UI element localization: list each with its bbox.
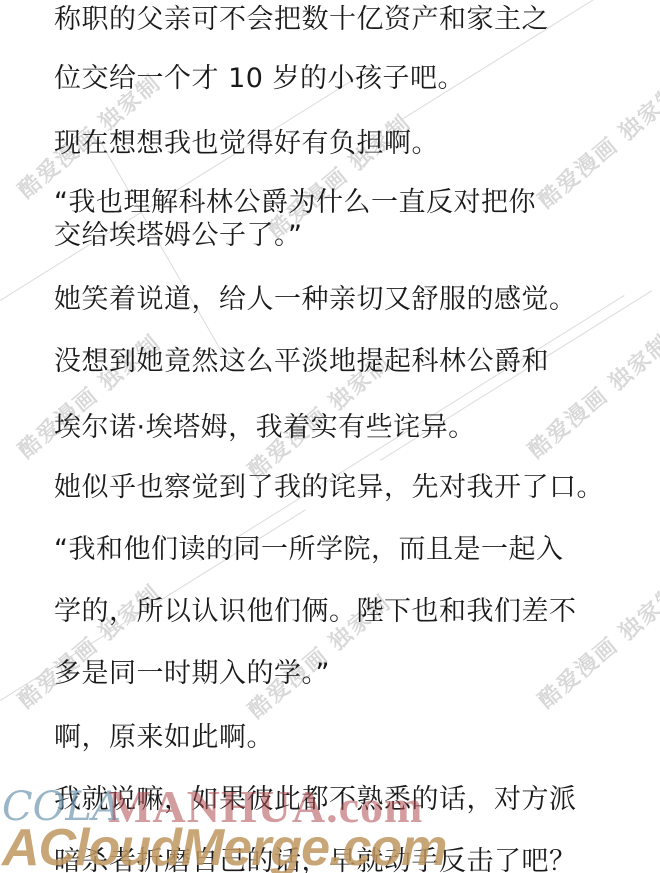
text-line: 称职的父亲可不会把数十亿资产和家主之	[54, 4, 549, 36]
text-line: 多是同一时期入的学。”	[54, 658, 330, 690]
novel-page: 酷爱漫画 独家制 酷爱漫画 独家制 酷爱漫画 独家制 酷爱漫画 独家制 酷爱漫画…	[0, 0, 660, 873]
text-line: 她似乎也察觉到了我的诧异，先对我开了口。	[54, 472, 604, 504]
watermark-text: 酷爱漫画 独家制	[531, 77, 660, 215]
text-line: 她笑着说道，给人一种亲切又舒服的感觉。	[54, 284, 577, 316]
watermark-line	[99, 140, 230, 366]
text-line: 没想到她竟然这么平淡地提起科林公爵和	[54, 346, 549, 378]
text-line: “我和他们读的同一所学院，而且是一起入	[54, 534, 564, 566]
text-line: 我就说嘛，如果彼此都不熟悉的话，对方派	[54, 784, 577, 816]
text-line: 现在想想我也觉得好有负担啊。	[54, 128, 439, 160]
text-line: 位交给一个才 10 岁的小孩子吧。	[54, 63, 465, 95]
text-line: 啊，原来如此啊。	[54, 722, 274, 754]
text-line: 交给埃塔姆公子了。”	[54, 220, 303, 252]
text-line: 埃尔诺·埃塔姆，我着实有些诧异。	[54, 412, 476, 444]
text-line: 暗杀者折磨自己的话，早就动手反击了吧？	[54, 846, 577, 873]
text-line: “我也理解科林公爵为什么一直反对把你	[54, 187, 536, 219]
text-line: 学的，所以认识他们俩。陛下也和我们差不	[54, 596, 577, 628]
